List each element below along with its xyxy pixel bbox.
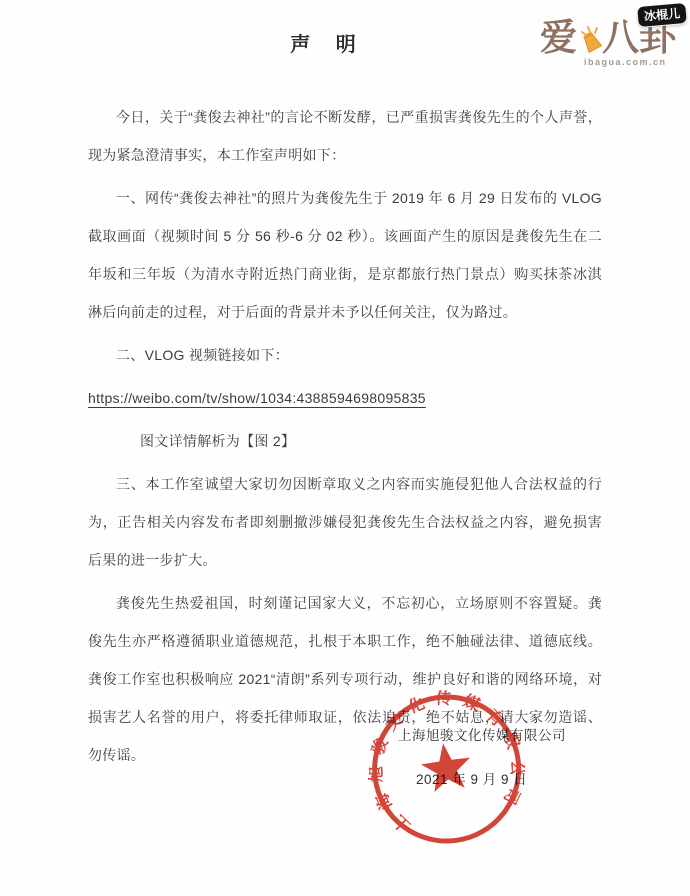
statement-document-page: 声 明 冰棍儿 爱 八卦 ibagua.com.cn 今日，关于“龚俊去神社”的… bbox=[0, 0, 690, 896]
seal-star-icon bbox=[419, 740, 474, 793]
paragraph-item2-label: 二、VLOG 视频链接如下： bbox=[88, 336, 602, 374]
author-badge: 冰棍儿 bbox=[637, 3, 687, 27]
paragraph-item3: 三、本工作室诚望大家切勿因断章取义之内容而实施侵犯他人合法权益的行为，正告相关内… bbox=[88, 465, 602, 579]
statement-body: 今日，关于“龚俊去神社”的言论不断发酵，已严重损害龚俊先生的个人声誉，现为紧急澄… bbox=[88, 98, 602, 779]
vlog-weibo-link[interactable]: https://weibo.com/tv/show/1034:438859469… bbox=[88, 390, 426, 406]
paragraph-item1: 一、网传“龚俊去神社”的照片为龚俊先生于 2019 年 6 月 29 日发布的 … bbox=[88, 179, 602, 331]
company-seal-stamp: 上海旭骏文化传媒有限公司 bbox=[351, 673, 544, 870]
logo-domain-text: ibagua.com.cn bbox=[584, 57, 667, 67]
paragraph-intro: 今日，关于“龚俊去神社”的言论不断发酵，已严重损害龚俊先生的个人声誉，现为紧急澄… bbox=[88, 98, 602, 174]
ibagua-watermark-logo: 冰棍儿 爱 八卦 ibagua.com.cn bbox=[540, 5, 688, 71]
paragraph-figure-note: 图文详情解析为【图 2】 bbox=[88, 422, 602, 460]
paragraph-link-line: https://weibo.com/tv/show/1034:438859469… bbox=[88, 379, 602, 417]
megaphone-icon bbox=[578, 23, 604, 60]
brand-char-ai: 爱 bbox=[540, 17, 577, 58]
